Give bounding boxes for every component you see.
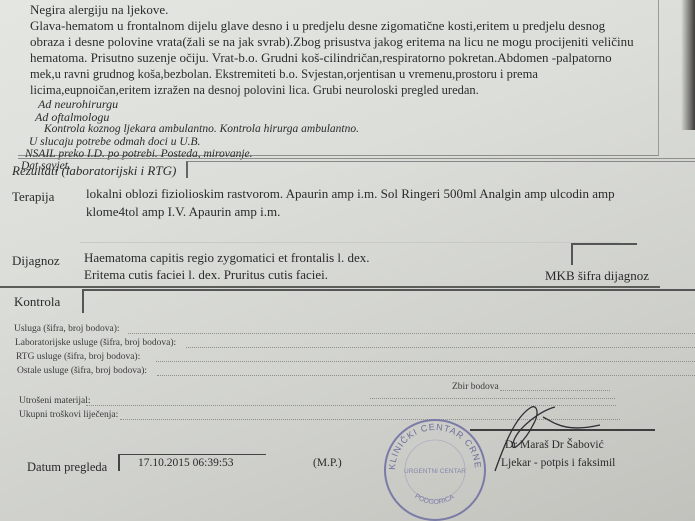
service-dotted-line	[186, 347, 695, 348]
service-label: Laboratorijske usluge (šifra, broj bodov…	[15, 338, 176, 348]
page-edge-shadow	[681, 0, 695, 130]
service-label: RTG usluge (šifra, broj bodova):	[16, 352, 140, 362]
service-dotted-line	[157, 375, 695, 376]
mkb-code-field[interactable]	[571, 243, 637, 265]
zbir-bodova-label: Zbir bodova	[452, 382, 499, 392]
divider	[80, 242, 620, 243]
exam-line: hematoma. Prisutno suzenje očiju. Vrat-b…	[30, 50, 634, 66]
mkb-label: MKB šifra dijagnoz	[545, 268, 649, 284]
divider	[18, 158, 695, 159]
kontrola-field[interactable]	[82, 289, 695, 313]
kontrola-label: Kontrola	[14, 294, 60, 310]
service-dotted-line	[128, 333, 695, 334]
service-label: Usluga (šifra, broj bodova):	[14, 324, 120, 334]
divider	[0, 286, 660, 288]
exam-line: Negira alergiju na ljekove.	[30, 2, 634, 18]
dijagnoza-text: Haematoma capitis regio zygomatici et fr…	[84, 249, 370, 283]
zbir-dotted-line-2	[370, 398, 615, 399]
zbir-dotted-line	[500, 390, 610, 391]
signature-icon	[455, 403, 605, 473]
dijagnoza-line: Haematoma capitis regio zygomatici et fr…	[84, 249, 370, 266]
svg-text:PODGORICA: PODGORICA	[413, 493, 456, 506]
service-dotted-line	[156, 361, 695, 362]
rezultati-field[interactable]	[186, 161, 695, 178]
dijagnoza-line: Eritema cutis faciei l. dex. Pruritus cu…	[84, 266, 370, 283]
mp-label: (M.P.)	[313, 457, 342, 469]
exam-line: obraza i desne polovine vrata(žali se na…	[30, 34, 634, 50]
dijagnoza-label: Dijagnoz	[12, 253, 60, 269]
exam-line: mek,u ravni grudnog koša,bezbolan. Ekstr…	[30, 66, 634, 82]
material-label: Utrošeni materijal:	[19, 396, 91, 406]
exam-findings-text: Negira alergiju na ljekove. Glava-hemato…	[30, 2, 634, 98]
datum-value: 17.10.2015 06:39:53	[138, 457, 234, 469]
terapija-label: Terapija	[12, 189, 54, 205]
rezultati-label: Rezultati (laboratorijski i RTG)	[12, 163, 176, 179]
service-label: Ostale usluge (šifra, broj bodova):	[17, 366, 147, 376]
terapija-text: lokalni oblozi fiziolioskim rastvorom. A…	[86, 185, 615, 221]
material-label: Ukupni troškovi liječenja:	[19, 410, 118, 420]
recommendation: Kontrola koznog ljekara ambulantno. Kont…	[44, 123, 359, 136]
terapija-line: klome4tol amp I.V. Apaurin amp i.m.	[86, 203, 615, 221]
terapija-line: lokalni oblozi fiziolioskim rastvorom. A…	[86, 185, 615, 203]
exam-line: Glava-hematom u frontalnom dijelu glave …	[30, 18, 634, 34]
datum-label: Datum pregleda	[27, 460, 107, 475]
exam-line: licima,eupnoičan,eritem izražen na desno…	[30, 82, 634, 98]
